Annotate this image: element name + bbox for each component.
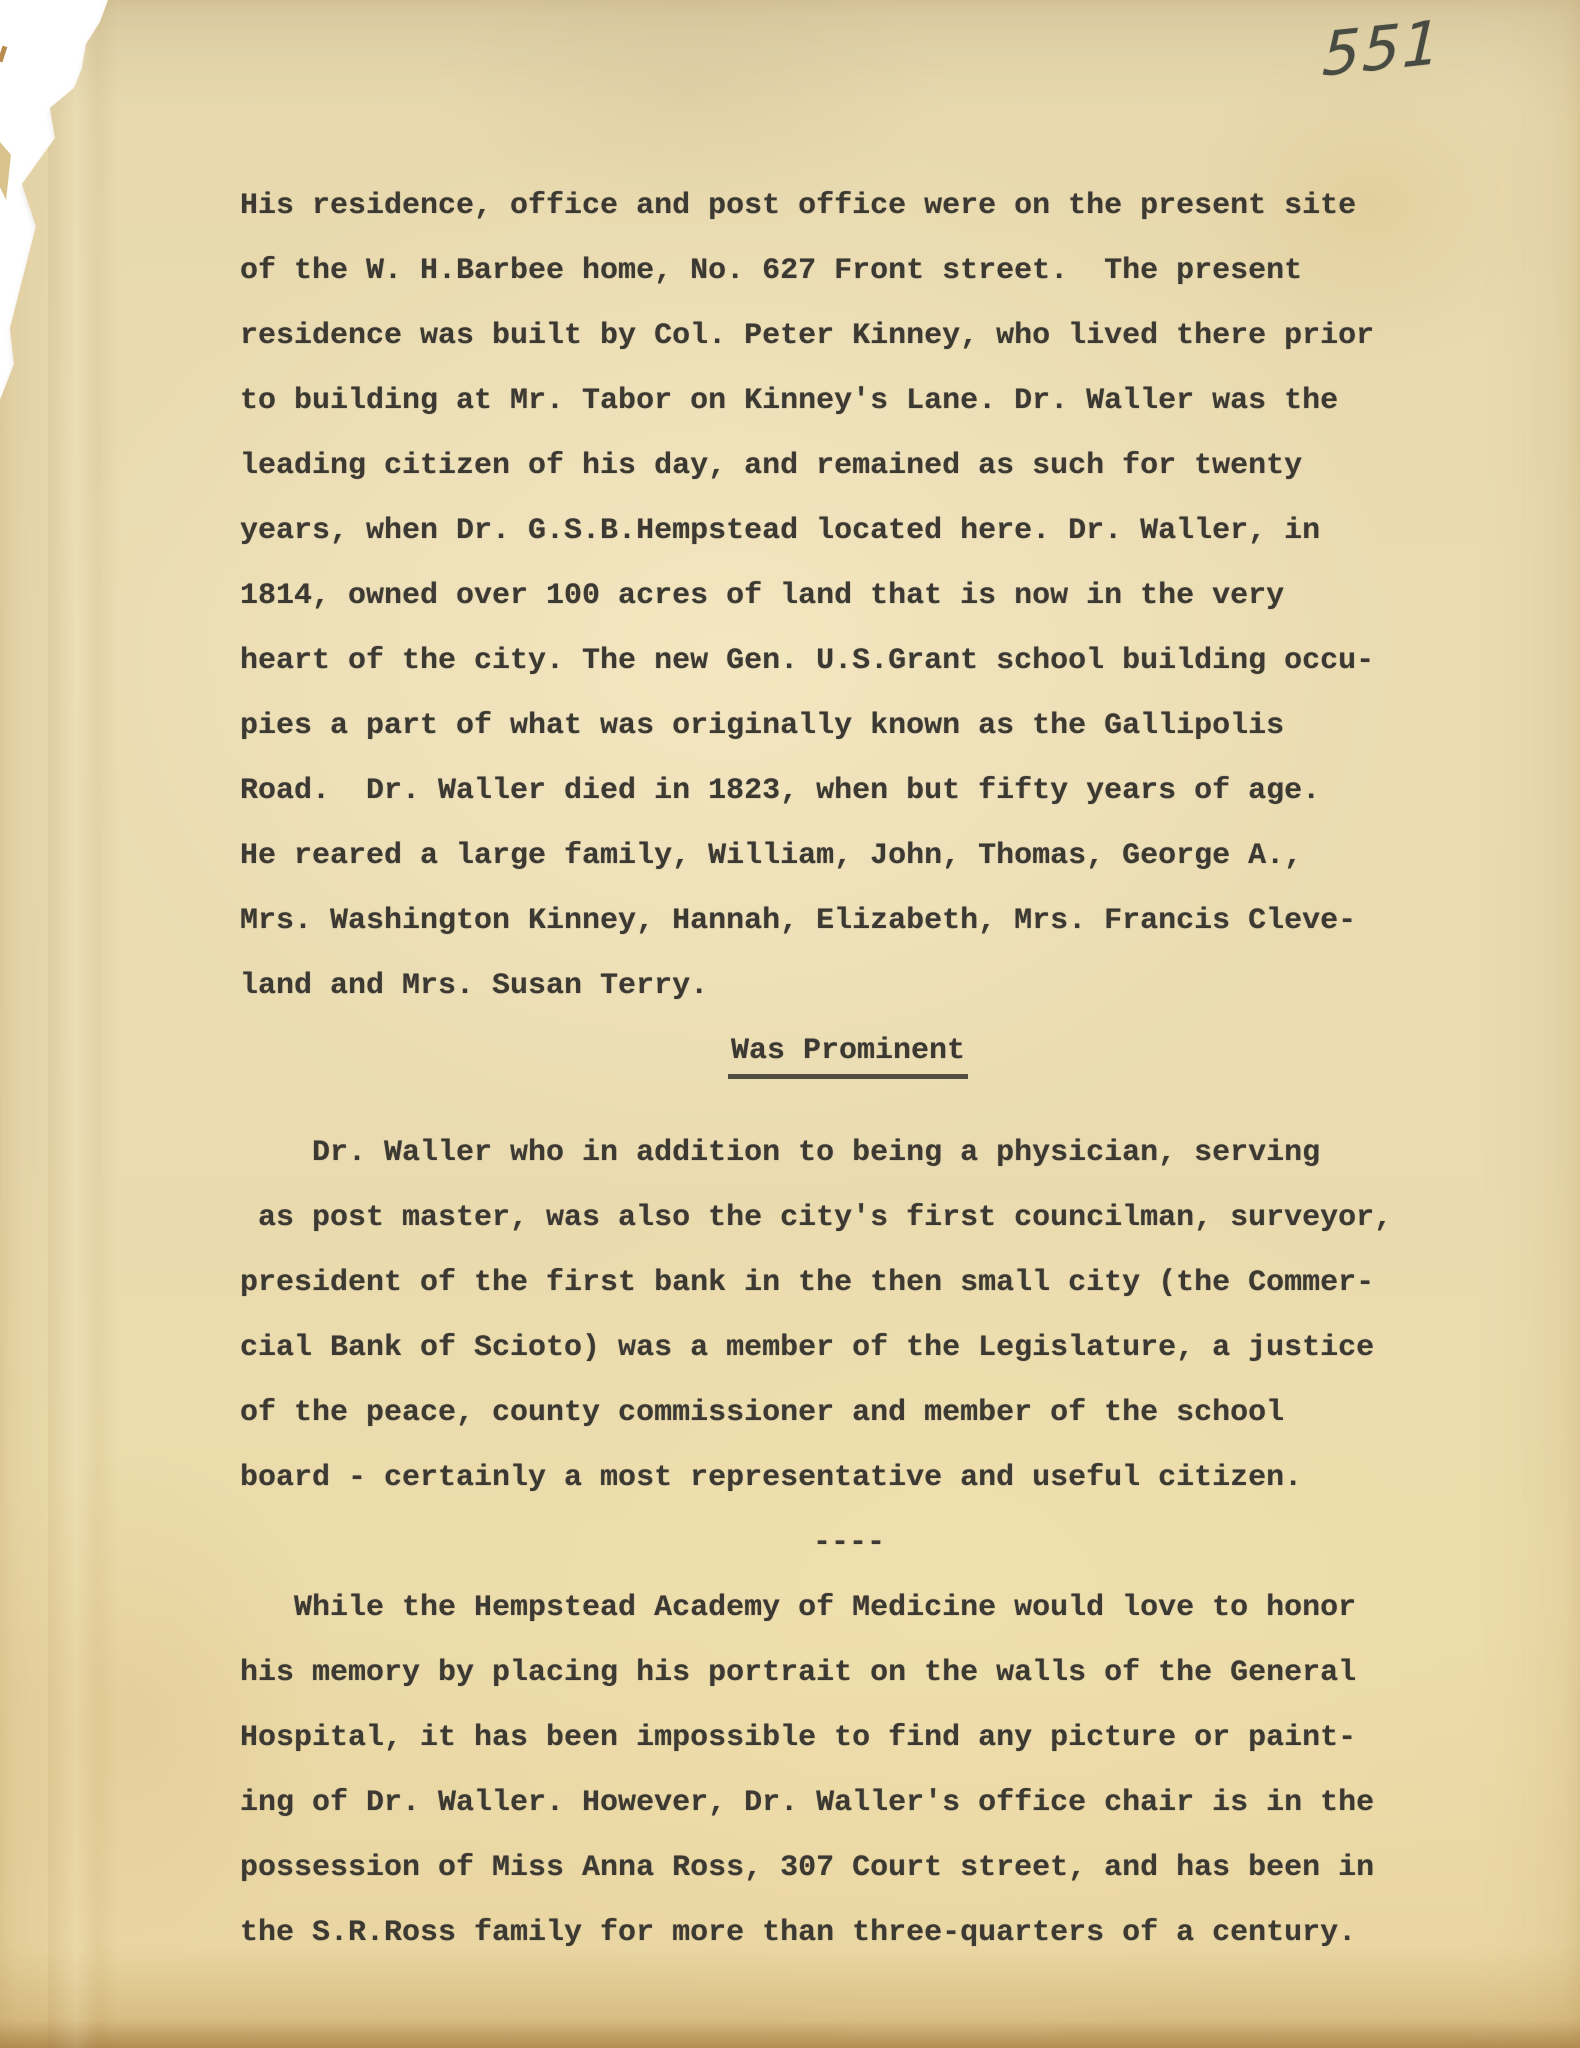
paragraph-residence-history: His residence, office and post office we… [240,174,1374,1019]
paragraph-civic-roles: Dr. Waller who in addition to being a ph… [240,1121,1392,1511]
paragraph-portrait-chair: While the Hempstead Academy of Medicine … [240,1576,1374,1966]
paper-shadow: 551 His residence, office and post offic… [0,0,1580,2048]
paper-sheet: 551 His residence, office and post offic… [0,0,1580,2048]
dash-separator: ---- [813,1511,885,1576]
section-heading-was-prominent: Was Prominent [728,1028,968,1079]
scanned-document-page: 551 His residence, office and post offic… [0,0,1580,2048]
typewritten-text-layer: 551 His residence, office and post offic… [0,0,1580,2048]
handwritten-page-number: 551 [1321,7,1443,90]
